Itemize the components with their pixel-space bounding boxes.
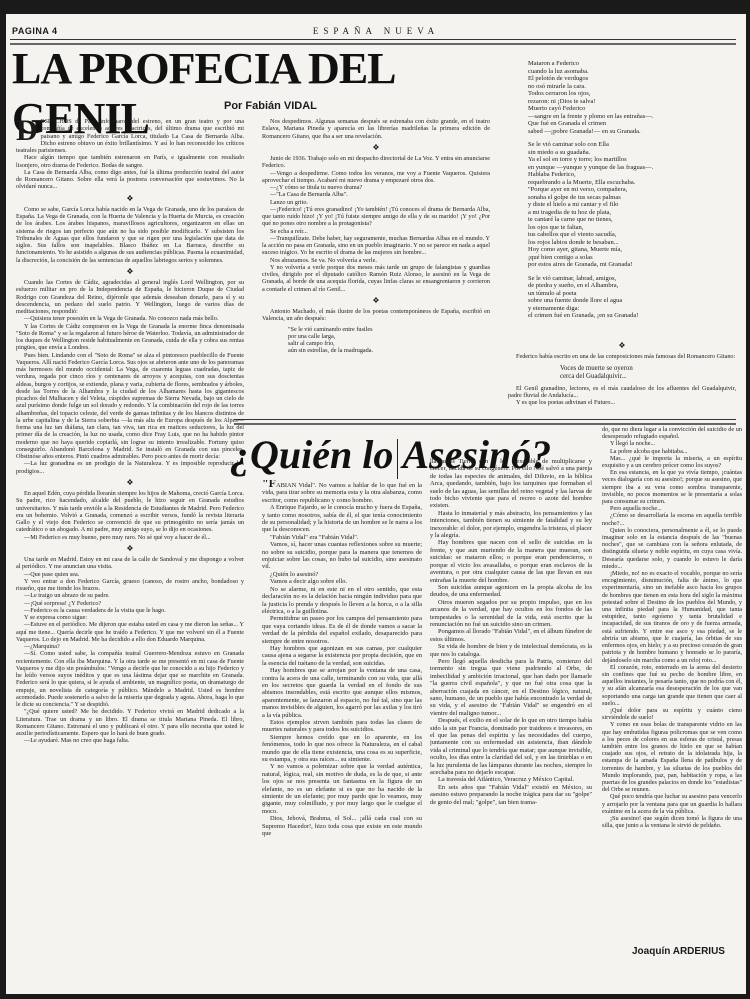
paragraph: ¡Miedo, no! no es exacto el vocablo, por… xyxy=(602,570,742,664)
paragraph: No se alarme, ni en este ni en el otro s… xyxy=(262,586,422,616)
paragraph: Nos despedimos. Algunas semanas después … xyxy=(262,118,490,140)
paragraph: llamamos Tierra, con la ley inexorable d… xyxy=(430,458,592,510)
masthead: ESPAÑA NUEVA xyxy=(10,26,742,36)
paragraph: En seis años que "Fabián Vidal" existió … xyxy=(430,784,592,806)
paragraph: El corazón, roto, enterrado en la arena … xyxy=(602,664,742,707)
paragraph: La travesía del Atlántico, Veracruz y Mé… xyxy=(430,776,592,783)
paragraph: Y no vamos a polemizar sobre que la verd… xyxy=(262,763,422,815)
paragraph: ¡Su asesino! que según dicen tomó la fig… xyxy=(602,815,742,829)
paragraph: Hay hombres que agonizan en sus camas, p… xyxy=(262,645,422,667)
poem-stanza-2: Se le vió caminar solo con Ella sin mied… xyxy=(528,141,738,269)
poem-stanza-3: Se le vió caminar, labrad, amigos, de pi… xyxy=(528,275,738,320)
article2-signature: Joaquín ARDERIUS xyxy=(632,946,725,957)
verse-line: cerca del Guadalquivir... xyxy=(560,373,736,381)
paragraph: ¡Qué dolor para su espíritu y cuánto cie… xyxy=(602,707,742,721)
paragraph: Como se sabe, García Lorca había nacido … xyxy=(16,206,244,264)
paragraph: Permitidme un paseo por los campos del p… xyxy=(262,615,422,645)
paragraph: Hay hombres que nacen con el sello de su… xyxy=(430,539,592,583)
paragraph: Siempre hemos creído que en lo aparente,… xyxy=(262,734,422,764)
paragraph: —Estuve en el periódico. Me dijeron que … xyxy=(16,621,244,643)
paragraph: Hasta lo inmaterial y más abstracto, los… xyxy=(430,510,592,540)
ornament-icon: ❖ xyxy=(16,268,244,275)
paragraph: "FABIAN Vidal". No vamos a hablar de lo … xyxy=(262,480,422,504)
ornament-icon: ❖ xyxy=(508,342,736,349)
paragraph: Pero llegó aquella desdicha para la Patr… xyxy=(430,658,592,717)
paragraph: "Fabián Vidal" era "Fabián Vidal". xyxy=(262,534,422,541)
paragraph: ¿Cómo se desarrollaría la escena en aque… xyxy=(602,512,742,526)
ornament-icon: ❖ xyxy=(262,297,490,304)
paragraph: Vamos, sí, hacer unas cuantas reflexione… xyxy=(262,541,422,571)
paragraph: Quien lo conociera, personalmente a él, … xyxy=(602,527,742,570)
article2-column-2: llamamos Tierra, con la ley inexorable d… xyxy=(430,458,592,952)
paragraph: —La luz granadina es un prodigio de la N… xyxy=(16,460,244,475)
article1-byline: Por Fabián VIDAL xyxy=(224,100,317,112)
lorca-quote: Voces de muerte se oyeron cerca del Guad… xyxy=(560,365,736,381)
paragraph: —"La Casa de Bernarda Alba". xyxy=(262,191,490,198)
title-divider xyxy=(397,439,398,479)
article1-column-2: Nos despedimos. Algunas semanas después … xyxy=(262,118,490,418)
paragraph: Y veo entrar a don Federico García, grue… xyxy=(16,578,244,593)
paragraph: —Le ayudaré. Mas no creo que haga falta. xyxy=(16,737,244,744)
paragraph: do, que no diera lugar a la convicción d… xyxy=(602,426,742,440)
ornament-icon: ❖ xyxy=(262,144,490,151)
paragraph: Su vida de hombre de bien y de intelectu… xyxy=(430,643,592,658)
paragraph: Y se expresa como sigue: xyxy=(16,614,244,621)
paragraph: Son suicidas aunque agonicen en la propi… xyxy=(430,584,592,599)
article-separator-rule xyxy=(234,419,736,425)
paragraph: Y llegó la noche... xyxy=(602,440,742,447)
drop-cap: D xyxy=(16,118,38,144)
paragraph: La pobre alcoba que habitaba... xyxy=(602,448,742,455)
ornament-icon: ❖ xyxy=(16,479,244,486)
scan-border-top xyxy=(0,0,750,14)
paragraph: "¿Qué quiere usted? Me he decidido. Y Fe… xyxy=(16,708,244,737)
article1-column-1: DESPACHOS de París informaron del estren… xyxy=(16,118,244,990)
verse-line: "Se le vió caminando entre fusiles xyxy=(288,326,490,333)
paragraph: Lanzo un grito. xyxy=(262,199,490,206)
paragraph: Estos ejemplos sirven también para todas… xyxy=(262,719,422,734)
paragraph: —Vengo a despedirme. Como todos los vera… xyxy=(262,170,490,185)
article2-column-1: "FABIAN Vidal". No vamos a hablar de lo … xyxy=(262,480,422,952)
machado-quote: "Se le vió caminando entre fusiles por u… xyxy=(288,326,490,355)
paragraph: En aquel Edén, cuya pérdida llorarán sie… xyxy=(16,490,244,534)
newspaper-page: PAGINA 4 ESPAÑA NUEVA LA PROFECIA DEL GE… xyxy=(6,14,746,994)
verse-line: Voces de muerte se oyeron xyxy=(560,365,736,373)
verse-line: aún sin estrellas, de la madrugada. xyxy=(288,347,490,354)
paragraph: En esa estancia, en la que ya vivía tiem… xyxy=(602,469,742,505)
paragraph: —Federico es la causa verdadera de la vi… xyxy=(16,607,244,614)
paragraph: Y no volvería a verle porque dos meses m… xyxy=(262,264,490,293)
verse-line: por una calle larga, xyxy=(288,333,490,340)
paragraph: Hace algún tiempo que también estrenaron… xyxy=(16,154,244,169)
paragraph: —Quisiera tener posesión en la Vega de G… xyxy=(16,315,244,322)
article1-poem: Mataron a Federico cuando la luz asomaba… xyxy=(528,60,738,326)
verse-line: salir al campo frío, xyxy=(288,340,490,347)
paragraph: —Que pase quien sea. xyxy=(16,571,244,578)
article2-title-left: ¿Quién lo xyxy=(230,432,393,477)
paragraph: Y es que los poetas adivinan el Futuro..… xyxy=(508,399,736,406)
paragraph: —¡Federico! ¡Tú eres granadino! ¡Yo tamb… xyxy=(262,206,490,228)
paragraph: Y como en esas bolas de transparente vid… xyxy=(602,721,742,793)
paragraph: —¡Qué sorpresa! ¿Y Federico? xyxy=(16,600,244,607)
paragraph: El Genil granadino, lectores, es el más … xyxy=(508,385,736,400)
paragraph: —Tranquilízate. Debe haber, hay segurame… xyxy=(262,235,490,257)
paragraph: Junio de 1936. Trabajo solo en mi despac… xyxy=(262,155,490,170)
paragraph: Dios, Jehová, Brahma, el Sol... ¡allá ca… xyxy=(262,815,422,837)
paragraph: Hay hombres que se arrojan por la ventan… xyxy=(262,667,422,719)
paragraph: Otros mueren segados por su propio impul… xyxy=(430,599,592,629)
paragraph: —Le traigo un abrazo de su padre. xyxy=(16,592,244,599)
paragraph: —Sí. Como usted sabe, la compañía teatra… xyxy=(16,650,244,708)
ornament-icon: ❖ xyxy=(16,545,244,552)
paragraph: DESPACHOS de París informaron del estren… xyxy=(16,118,244,154)
paragraph: —¿Y cómo se titula tu nuevo drama? xyxy=(262,184,490,191)
paragraph: Federico había escrito en una de las com… xyxy=(508,353,736,360)
paragraph: Vamos a decir algo sobre ello. xyxy=(262,578,422,585)
paragraph: Pues bien. Lindando con el "Soto de Roma… xyxy=(16,352,244,461)
paragraph: La Casa de Bernarda Alba, como digo ante… xyxy=(16,169,244,191)
paragraph: Pongamos al llorado "Fabián Vidal", en e… xyxy=(430,628,592,643)
paragraph: Pero aquella noche... xyxy=(602,505,742,512)
paragraph: Se echa a reír... xyxy=(262,228,490,235)
paragraph: ¿Quién lo asesinó? xyxy=(262,571,422,578)
paragraph: Nos abrazamos. Se va. No volvería a verl… xyxy=(262,257,490,264)
ornament-icon: ❖ xyxy=(16,195,244,202)
paragraph: —¿Marquina? xyxy=(16,643,244,650)
paragraph: Antonio Machado, el más ilustre de los p… xyxy=(262,308,490,323)
paragraph: Una tarde en Madrid. Estoy en mi casa de… xyxy=(16,556,244,571)
paragraph: Y las Cortes de Cádiz compraron en la Ve… xyxy=(16,323,244,352)
paragraph: Qué poco tendría que luchar su asesino p… xyxy=(602,793,742,815)
paragraph: A Enrique Fajardo, se le conocía mucho y… xyxy=(262,504,422,534)
article1-column-3-end: ❖ Federico había escrito en una de las c… xyxy=(508,338,736,406)
paragraph: Mas... ¿qué le importa la miseria, a un … xyxy=(602,455,742,469)
page-header: PAGINA 4 ESPAÑA NUEVA xyxy=(10,26,742,40)
paragraph: Después, el exilio en el solar de lo que… xyxy=(430,717,592,776)
article2-column-3: do, que no diera lugar a la convicción d… xyxy=(602,426,742,926)
poem-stanza-1: Mataron a Federico cuando la luz asomaba… xyxy=(528,60,738,135)
paragraph: Cuando las Cortes de Cádiz, agradecidas … xyxy=(16,279,244,315)
paragraph: —Mi Federico es muy bueno, pero muy raro… xyxy=(16,534,244,541)
